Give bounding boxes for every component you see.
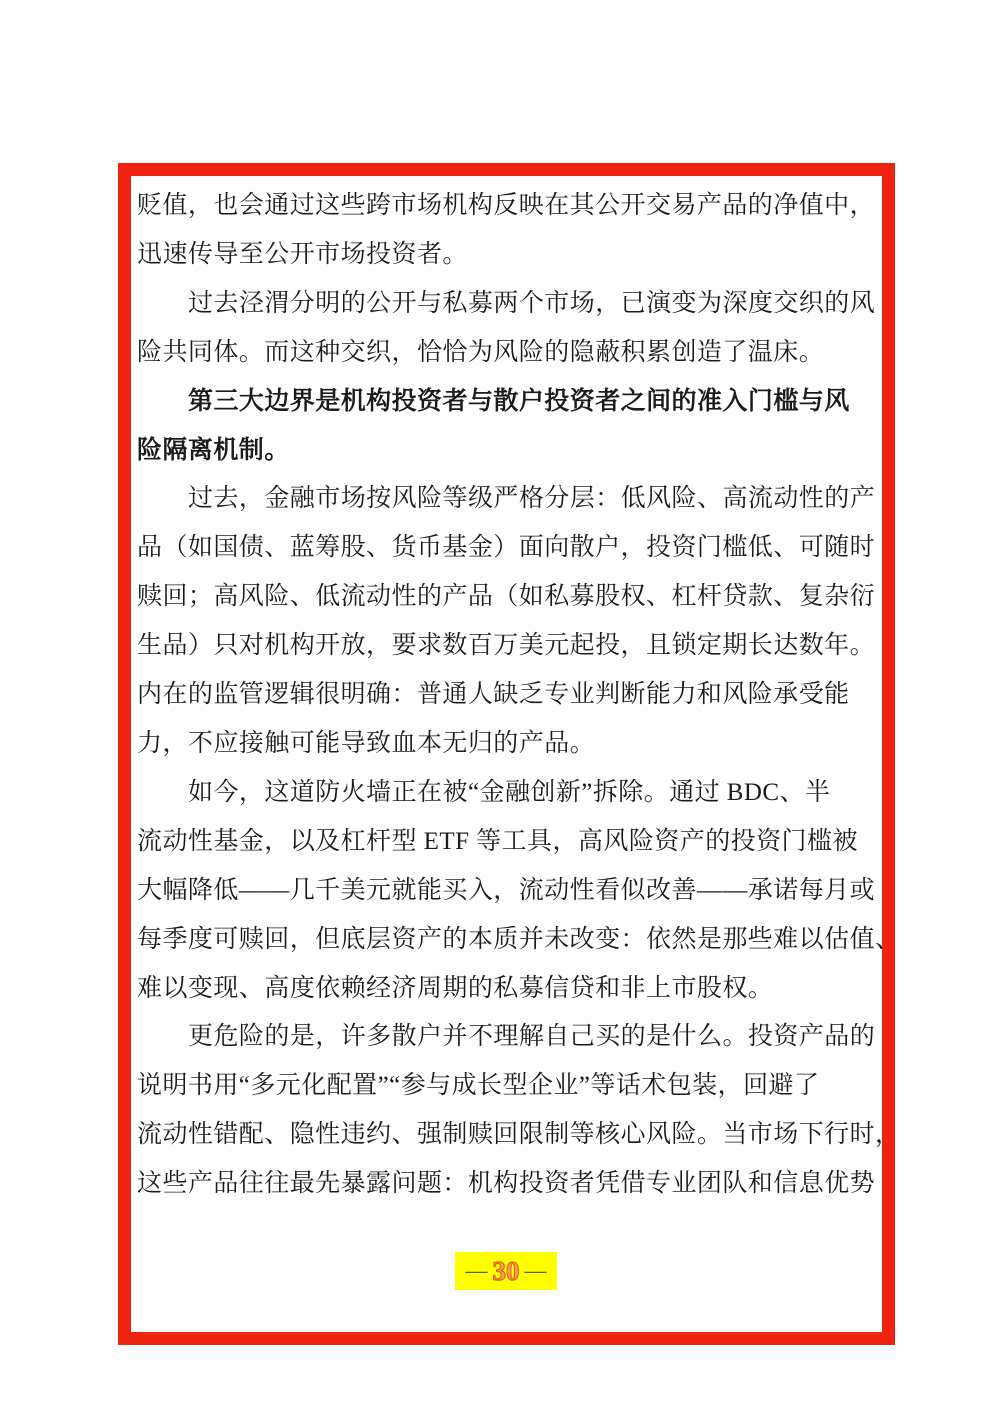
text-line: 大幅降低——几千美元就能买入，流动性看似改善——承诺每月或 [137, 867, 877, 916]
text-line: 品（如国债、蓝筹股、货币基金）面向散户，投资门槛低、可随时 [137, 524, 877, 573]
page-number: 30 [493, 1258, 520, 1285]
text-line: 说明书用“多元化配置”“参与成长型企业”等话术包装，回避了 [137, 1062, 877, 1111]
text-line: 内在的监管逻辑很明确：普通人缺乏专业判断能力和风险承受能 [137, 671, 877, 720]
text-line: 迅速传导至公开市场投资者。 [137, 231, 877, 280]
text-line: 险共同体。而这种交织，恰恰为风险的隐蔽积累创造了温床。 [137, 329, 877, 378]
document-page: 贬值，也会通过这些跨市场机构反映在其公开交易产品的净值中，迅速传导至公开市场投资… [0, 0, 1000, 1414]
page-number-block: — 30 — [455, 1252, 557, 1290]
text-line: 难以变现、高度依赖经济周期的私募信贷和非上市股权。 [137, 965, 877, 1014]
text-line: 流动性错配、隐性违约、强制赎回限制等核心风险。当市场下行时， [137, 1111, 877, 1160]
text-line: 险隔离机制。 [137, 427, 877, 476]
footer-dash-left: — [466, 1262, 488, 1280]
text-line: 赎回；高风险、低流动性的产品（如私募股权、杠杆贷款、复杂衍 [137, 573, 877, 622]
text-line: 过去，金融市场按风险等级严格分层：低风险、高流动性的产 [137, 475, 877, 524]
text-line: 力，不应接触可能导致血本无归的产品。 [137, 720, 877, 769]
text-line: 第三大边界是机构投资者与散户投资者之间的准入门槛与风 [137, 378, 877, 427]
text-line: 生品）只对机构开放，要求数百万美元起投，且锁定期长达数年。 [137, 622, 877, 671]
text-line: 更危险的是，许多散户并不理解自己买的是什么。投资产品的 [137, 1013, 877, 1062]
text-line: 过去泾渭分明的公开与私募两个市场，已演变为深度交织的风 [137, 280, 877, 329]
footer-dash-right: — [525, 1262, 547, 1280]
text-line: 这些产品往往最先暴露问题：机构投资者凭借专业团队和信息优势 [137, 1160, 877, 1209]
text-line: 每季度可赎回，但底层资产的本质并未改变：依然是那些难以估值、 [137, 916, 877, 965]
text-column: 贬值，也会通过这些跨市场机构反映在其公开交易产品的净值中，迅速传导至公开市场投资… [137, 182, 877, 1209]
text-line: 如今，这道防火墙正在被“金融创新”拆除。通过 BDC、半 [137, 769, 877, 818]
text-line: 流动性基金，以及杠杆型 ETF 等工具，高风险资产的投资门槛被 [137, 818, 877, 867]
text-line: 贬值，也会通过这些跨市场机构反映在其公开交易产品的净值中， [137, 182, 877, 231]
red-border-frame: 贬值，也会通过这些跨市场机构反映在其公开交易产品的净值中，迅速传导至公开市场投资… [118, 163, 895, 1345]
